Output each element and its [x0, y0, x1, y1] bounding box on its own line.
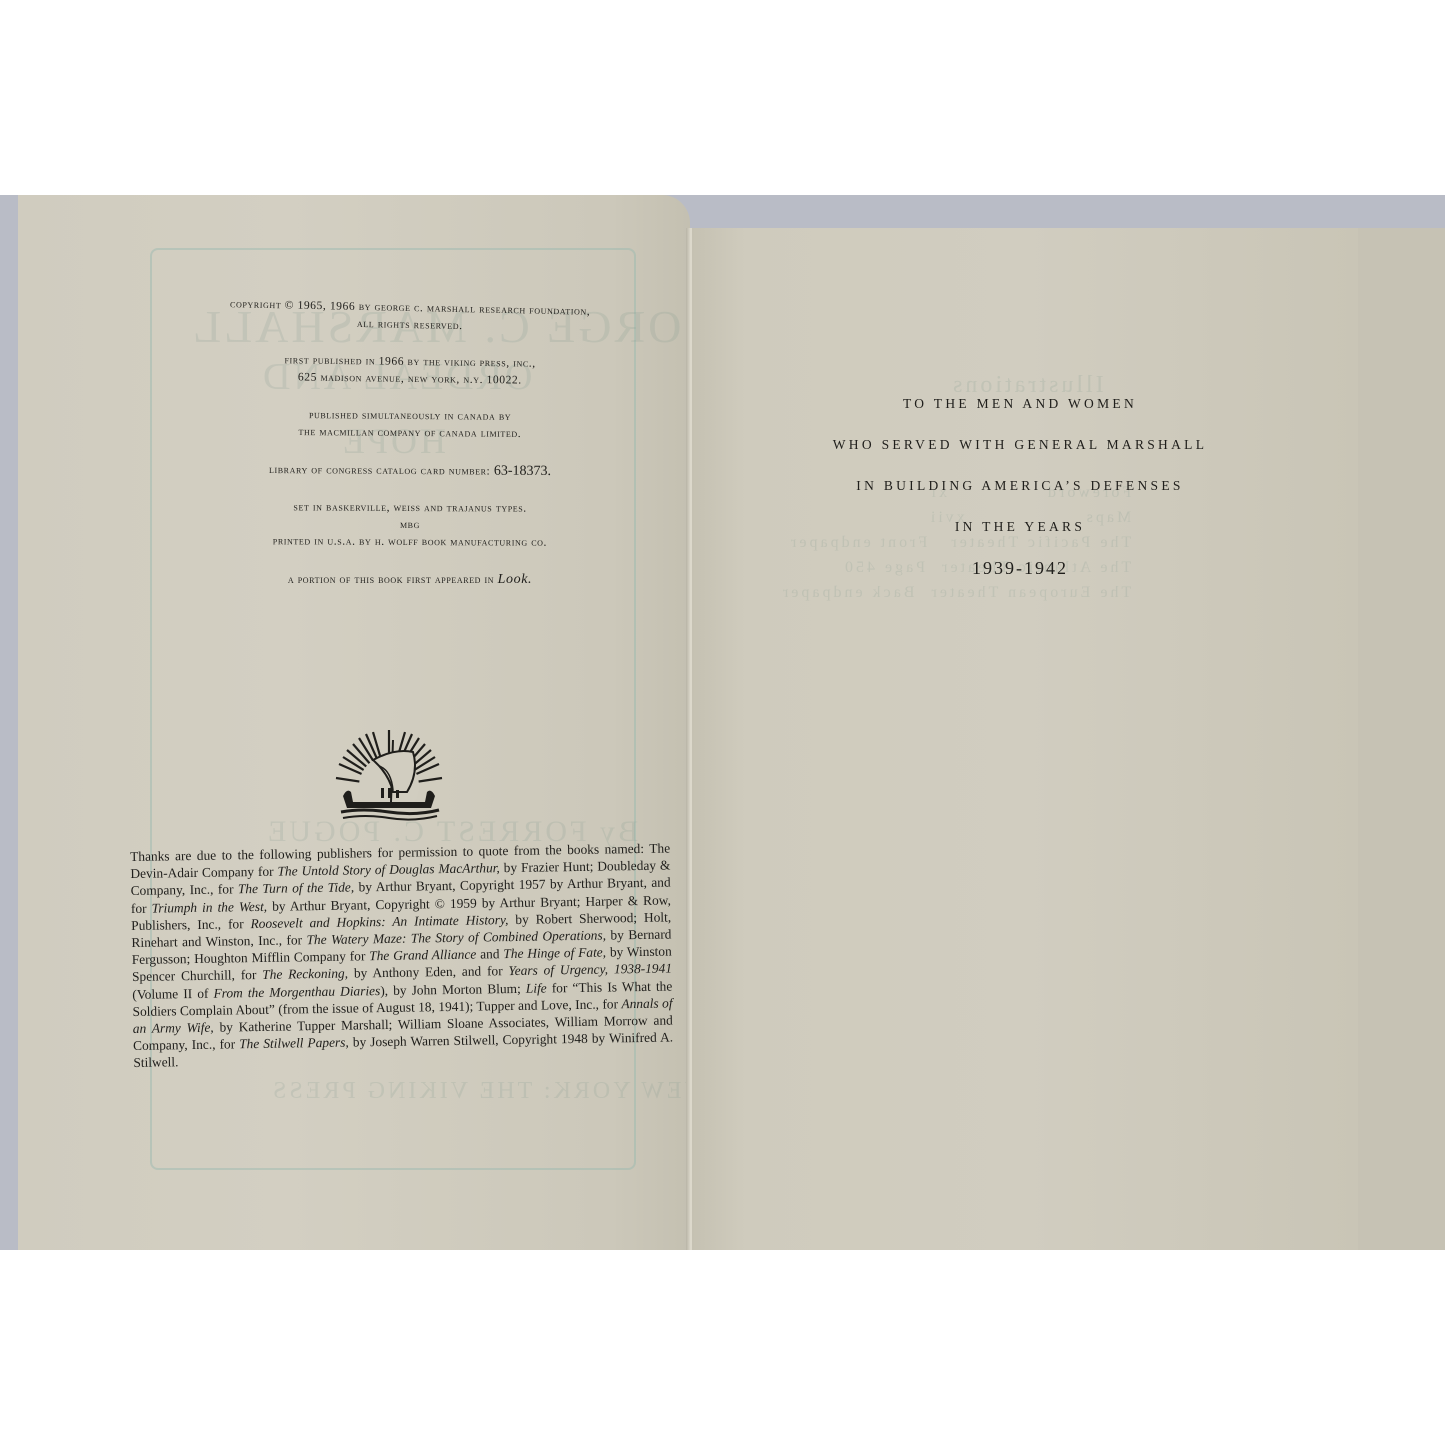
dedication-line-3: IN BUILDING AMERICA’S DEFENSES: [770, 476, 1270, 517]
dedication-line-4: IN THE YEARS: [770, 517, 1270, 558]
portion-appeared-line: A PORTION OF THIS BOOK FIRST APPEARED IN…: [150, 571, 670, 589]
acknowledgments-paragraph: Thanks are due to the following publishe…: [130, 840, 673, 1072]
book-title: The Untold Story of Douglas MacArthur,: [277, 860, 500, 878]
look-magazine: Look.: [498, 572, 533, 587]
catalog-number: 63-18373.: [494, 464, 551, 479]
catalog-number-line: LIBRARY OF CONGRESS CATALOG CARD NUMBER:…: [150, 460, 670, 482]
book-title: From the Morgenthau Diaries: [213, 983, 380, 1001]
dedication-line-1: TO THE MEN AND WOMEN: [770, 394, 1270, 435]
portion-prefix: A PORTION OF THIS BOOK FIRST APPEARED IN: [288, 574, 494, 586]
dedication-line-2: WHO SERVED WITH GENERAL MARSHALL: [770, 435, 1270, 476]
book-title: The Hinge of Fate,: [503, 945, 606, 962]
show-through-imprint: NEW YORK: THE VIKING PRESS: [270, 1078, 702, 1105]
acknowledgment-text: by Anthony Eden, and for: [348, 963, 509, 981]
book-title: The Turn of the Tide,: [238, 880, 355, 897]
book-title: Triumph in the West,: [151, 898, 267, 915]
dedication-block: TO THE MEN AND WOMEN WHO SERVED WITH GEN…: [770, 394, 1270, 599]
printer-line: PRINTED IN U.S.A. BY H. WOLFF BOOK MANUF…: [150, 533, 670, 553]
book-title: Years of Urgency, 1938-1941: [508, 961, 672, 979]
book-title: Roosevelt and Hopkins: An Intimate Histo…: [250, 912, 508, 931]
book-title: The Stilwell Papers,: [239, 1035, 349, 1052]
acknowledgment-text: (Volume II of: [132, 985, 213, 1001]
viking-ship-icon: [333, 722, 445, 822]
copyright-notice-block: COPYRIGHT © 1965, 1966 BY GEORGE C. MARS…: [150, 300, 670, 589]
book-title: The Reckoning,: [262, 966, 348, 982]
book-title: Life: [526, 980, 547, 995]
surface-edge: [1350, 228, 1445, 1250]
acknowledgment-text: ), by John Morton Blum;: [380, 980, 526, 997]
dedication-years: 1939-1942: [770, 558, 1270, 599]
catalog-label: LIBRARY OF CONGRESS CATALOG CARD NUMBER:: [269, 464, 490, 478]
book-title: The Grand Alliance: [369, 947, 476, 964]
acknowledgment-text: and: [476, 946, 503, 961]
